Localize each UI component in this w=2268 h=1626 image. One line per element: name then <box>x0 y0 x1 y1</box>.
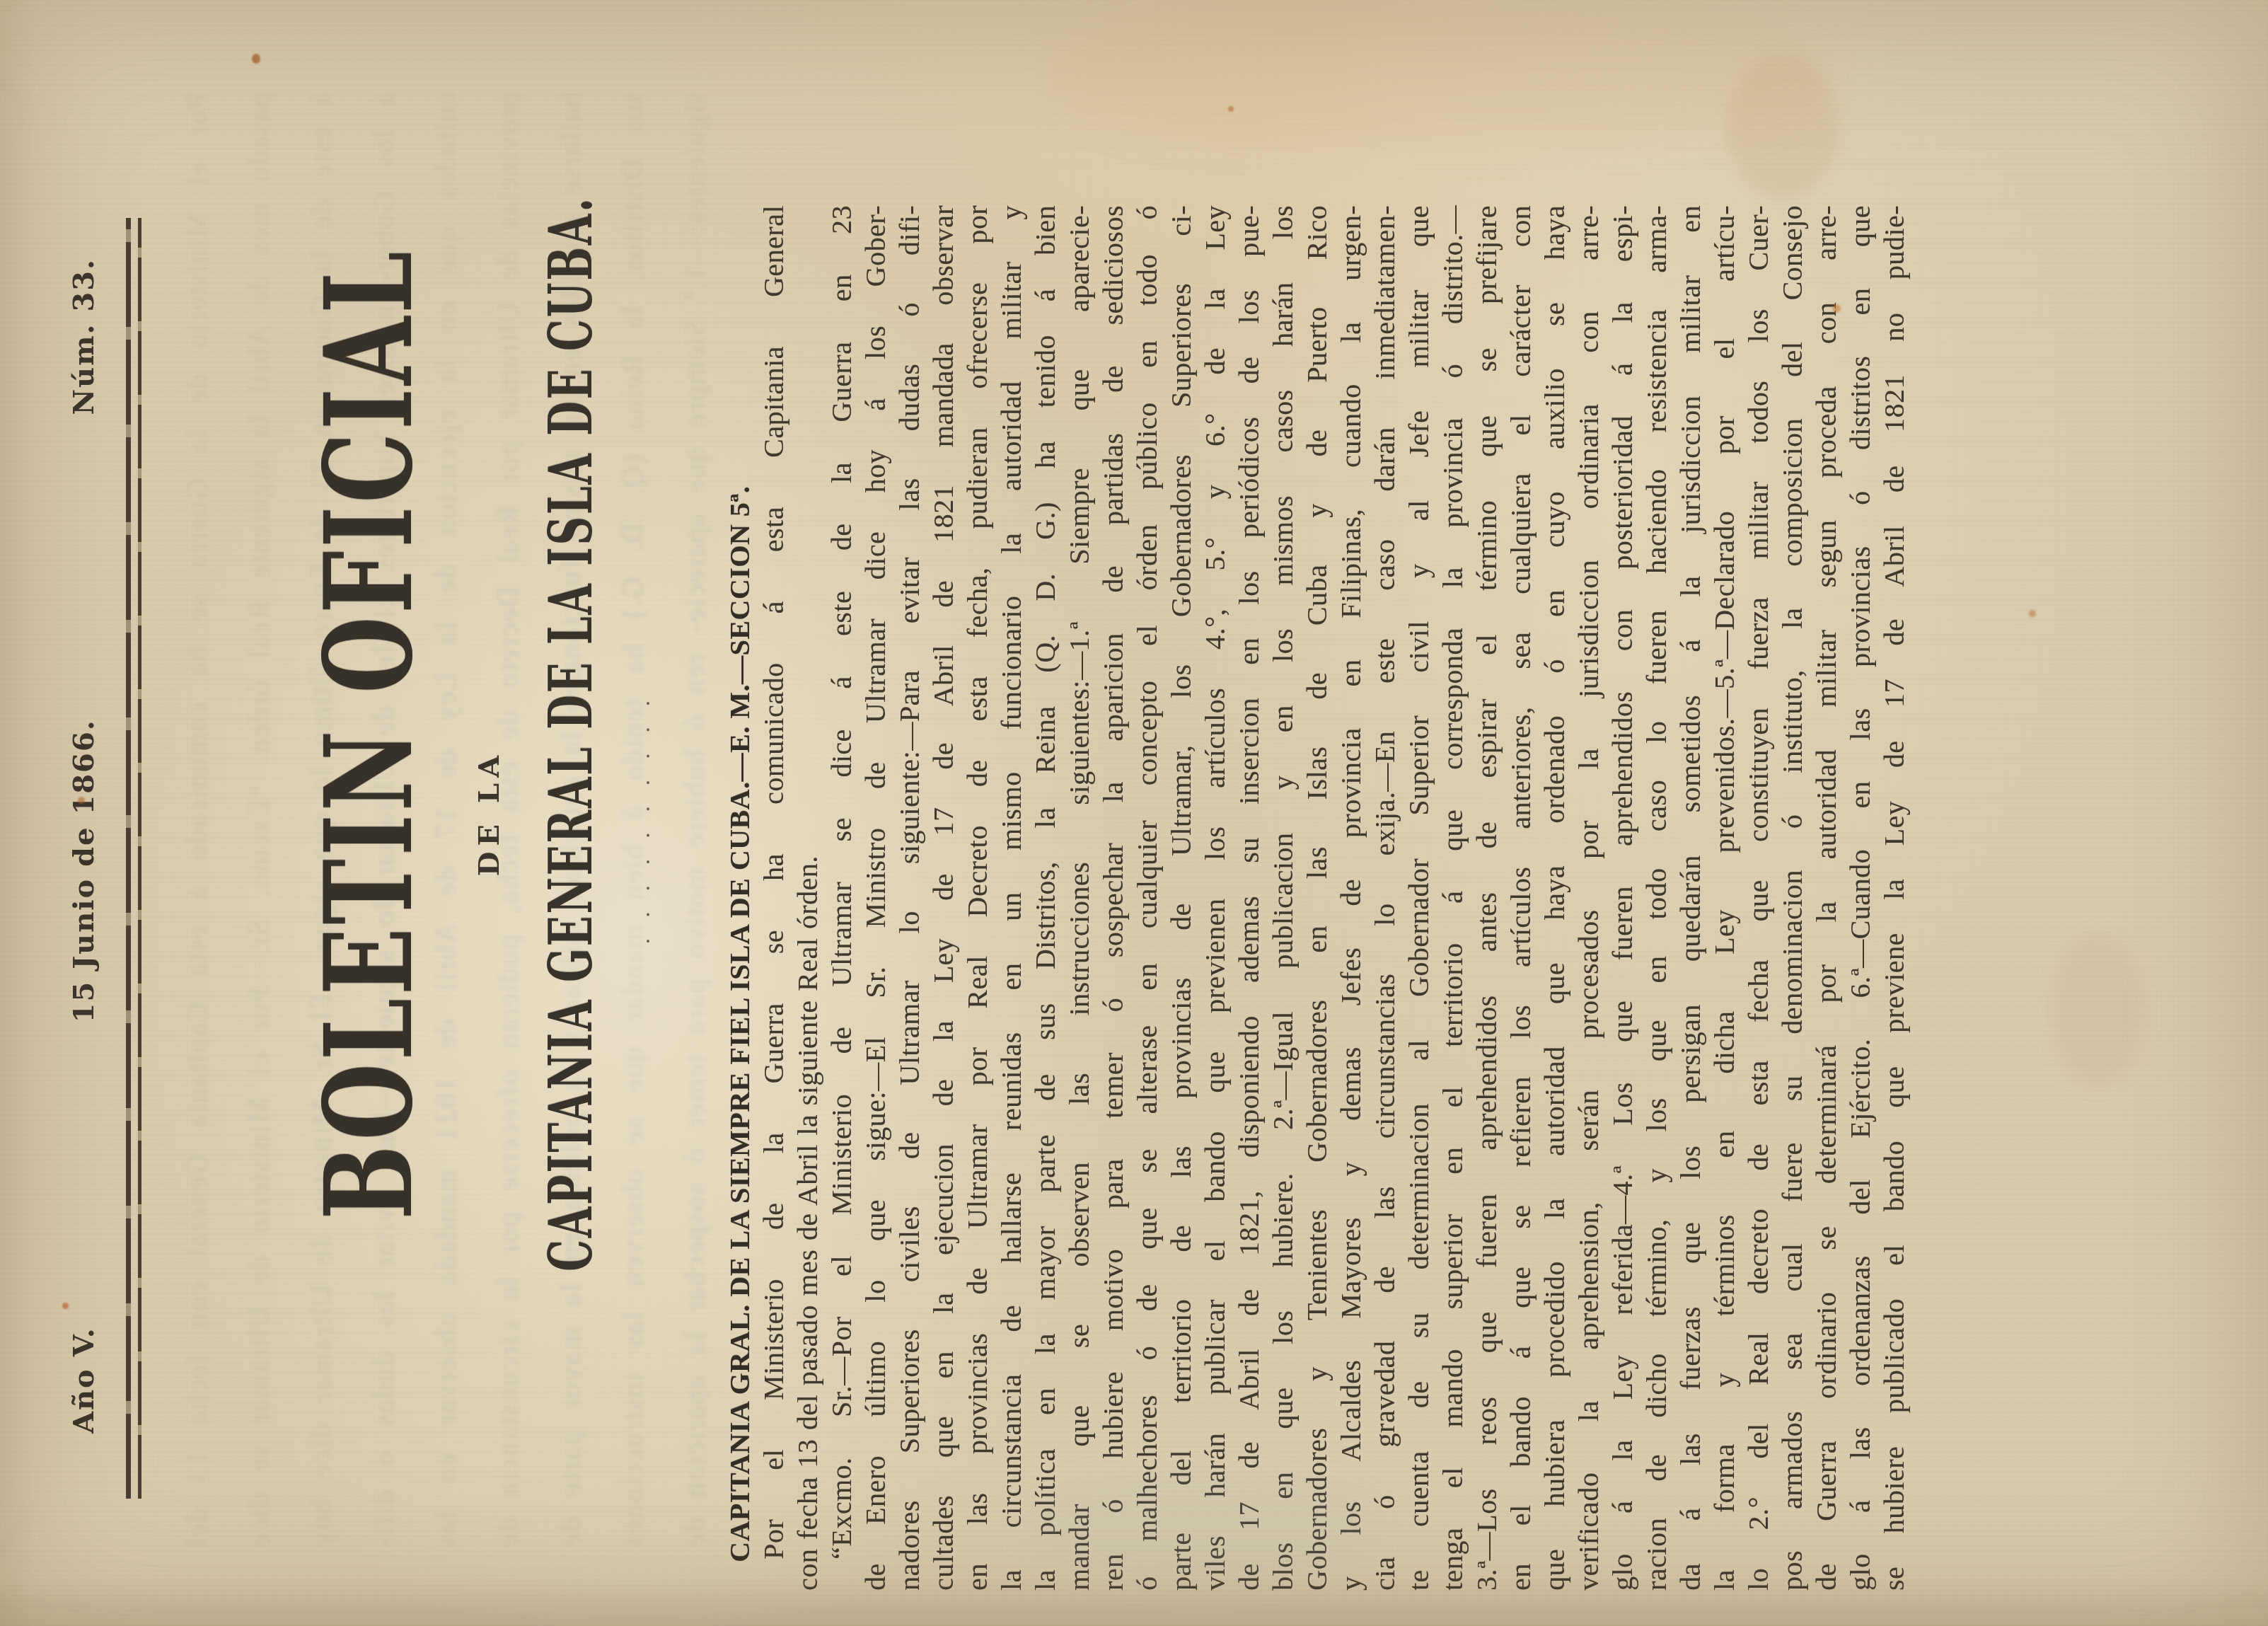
header-row: Año V. 15 Junio de 1866. Núm. 33. <box>67 258 100 1434</box>
article-line: “Excmo. Sr.—Por el Ministerio de Ultrama… <box>825 205 859 1591</box>
article-line: de Guerra ordinario se determinará por l… <box>1810 205 1844 1591</box>
article-line: la política en la mayor parte de sus Dis… <box>1029 205 1063 1591</box>
article-line: viles harán publicar el bando que previe… <box>1198 205 1232 1591</box>
foxing-stain <box>1726 55 1839 197</box>
article-line: se hubiere publicado el bando que previe… <box>1878 205 1911 1591</box>
article-line: lo 2.° del Real decreto de esta fecha qu… <box>1742 205 1776 1591</box>
article-line: y los Alcaldes Mayores y demas Jefes de … <box>1334 205 1368 1591</box>
header-issue-label: Núm. 33. <box>67 258 100 415</box>
header-date-label: 15 Junio de 1866. <box>67 719 100 1022</box>
article-line: con fecha 13 del pasado mes de Abril la … <box>791 205 825 1591</box>
scan-canvas: Por el Ministerio de la Guerra se ha com… <box>0 0 2268 1626</box>
article-lines: Por el Ministerio de la Guerra se ha com… <box>757 205 1911 1591</box>
article-line: tenga el mando superior en el territorio… <box>1436 205 1470 1591</box>
article-line: que hubiera procedido la autoridad que h… <box>1538 205 1572 1591</box>
article-line: te cuenta de su determinacion al Goberna… <box>1402 205 1436 1591</box>
masthead-subtitle-row: CAPITANIA GENERAL DE LA ISLA DE CUBA. <box>532 0 620 1626</box>
article-line: nadores Superiores civiles de Ultramar l… <box>893 205 927 1591</box>
article-line: Por el Ministerio de la Guerra se ha com… <box>757 205 791 1591</box>
rule-line-bottom <box>138 218 141 1499</box>
rust-speck <box>2029 610 2036 617</box>
article-line: ó malhechores ó de que se alterase en cu… <box>1130 205 1164 1591</box>
article-line: blos en que los hubiere. 2.ª—Igual publi… <box>1266 205 1300 1591</box>
article-line: glo á la Ley referida—4.ª Los que fueren… <box>1606 205 1640 1591</box>
header-double-rule <box>126 218 143 1499</box>
article-line: racion de dicho término, y los que en to… <box>1640 205 1674 1591</box>
masthead-title: BOLETIN OFICIAL <box>277 248 463 1220</box>
rule-line-top <box>126 218 131 1499</box>
article-heading: CAPITANIA GRAL. DE LA SIEMPRE FIEL ISLA … <box>723 205 757 1591</box>
article: CAPITANIA GRAL. DE LA SIEMPRE FIEL ISLA … <box>723 205 1911 1591</box>
paper-tone-patch <box>1047 6 1825 147</box>
header-year-label: Año V. <box>67 1327 100 1434</box>
article-line: cia ó gravedad de las circunstancias lo … <box>1368 205 1402 1591</box>
masthead-connector: DE LA <box>473 0 506 1626</box>
article-line: da á las fuerzas que los persigan quedar… <box>1674 205 1708 1591</box>
dotted-ornament: ·········· <box>635 0 662 1626</box>
document-page: Por el Ministerio de la Guerra se ha com… <box>0 0 2268 1626</box>
article-line: mandar que se observen las instrucciones… <box>1063 205 1097 1591</box>
article-line: ren ó hubiere motivo para temer ó sospec… <box>1097 205 1130 1591</box>
article-line: Gobernadores y Tenientes Gobernadores en… <box>1300 205 1334 1591</box>
article-line: la forma y términos en dicha Ley preveni… <box>1708 205 1742 1591</box>
article-line: glo á las ordenanzas del Ejército. 6.ª—C… <box>1844 205 1878 1591</box>
article-line: la circunstancia de hallarse reunidas en… <box>995 205 1029 1591</box>
article-line: cultades que en la ejecucion de la Ley d… <box>927 205 961 1591</box>
article-line: parte del territorio de las provincias d… <box>1164 205 1198 1591</box>
article-line: de Enero último lo que sigue:—El Sr. Min… <box>859 205 893 1591</box>
article-line: de 17 de Abril de 1821, disponiendo adem… <box>1232 205 1266 1591</box>
article-line: en las provincias de Ultramar por Real D… <box>961 205 995 1591</box>
masthead-title-row: BOLETIN OFICIAL <box>303 0 464 1626</box>
article-line: 3.ª—Los reos que fueren aprehendidos ant… <box>1470 205 1504 1591</box>
article-line: pos armados sea cual fuere su denominaci… <box>1776 205 1810 1591</box>
article-line: en el bando á que se refieren los artícu… <box>1504 205 1538 1591</box>
masthead-subtitle: CAPITANIA GENERAL DE LA ISLA DE CUBA. <box>513 196 630 1271</box>
rust-speck <box>1228 106 1234 112</box>
foxing-stain <box>2052 933 2143 1088</box>
rust-speck <box>252 54 260 64</box>
article-line: verificado la aprehension, serán procesa… <box>1572 205 1606 1591</box>
